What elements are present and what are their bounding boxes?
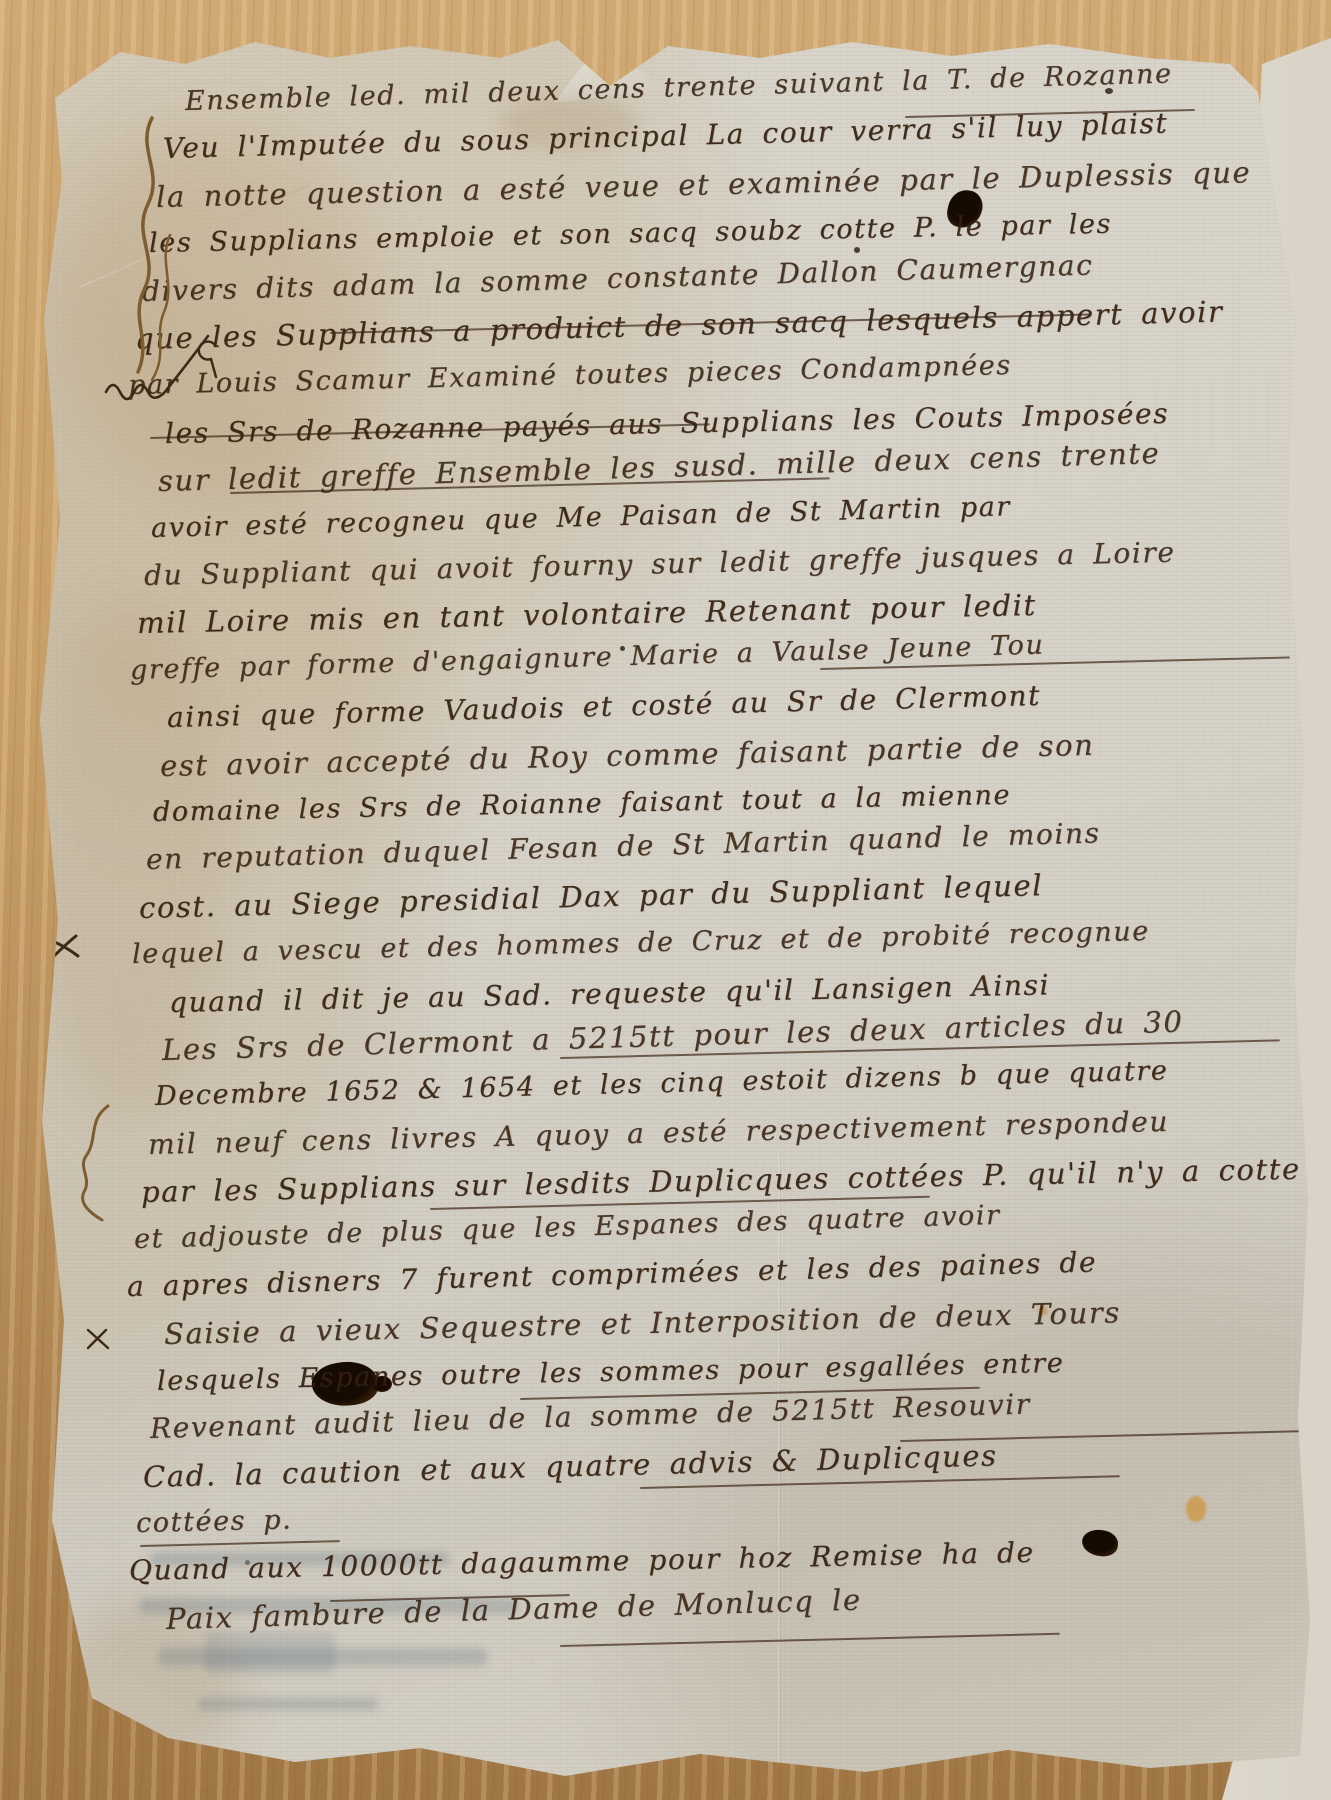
photograph-of-manuscript: Ensemble led. mil deux cens trente suiva… (0, 0, 1331, 1800)
manuscript-line: cost. au Siege presidial Dax par du Supp… (139, 871, 1044, 923)
manuscript-line: greffe par forme d'engaignure Marie a Va… (130, 631, 1045, 684)
manuscript-line: ainsi que forme Vaudois et costé au Sr d… (167, 682, 1042, 732)
manuscript-line: et adjouste de plus que les Espanes des … (134, 1201, 1001, 1252)
manuscript-line: que les Supplians a produict de son sacq… (135, 297, 1224, 354)
manuscript-line: Saisie a vieux Sequestre et Interpositio… (164, 1299, 1121, 1350)
wavy-nota-line-mark (138, 118, 170, 380)
manuscript-line: divers dits adam la somme constante Dall… (142, 251, 1094, 306)
manuscript-line: par Louis Scamur Examiné toutes pieces C… (128, 352, 1012, 399)
manuscript-line: a apres disners 7 furent comprimées et l… (127, 1248, 1098, 1301)
manuscript-line: mil Loire mis en tant volontaire Retenan… (137, 591, 1037, 638)
cross-mark-2 (88, 1330, 108, 1348)
manuscript-line: du Suppliant qui avoit fourny sur ledit … (144, 539, 1176, 590)
manuscript-line: cottées p. (136, 1506, 293, 1537)
manuscript-line: la notte question a esté veue et examiné… (156, 158, 1252, 212)
manuscript-line: Veu l'Imputée du sous principal La cour … (163, 110, 1169, 163)
manuscript-page: Ensemble led. mil deux cens trente suiva… (0, 0, 1331, 1800)
manuscript-line: sur ledit greffe Ensemble les susd. mill… (158, 439, 1161, 496)
manuscript-line: Ensemble led. mil deux cens trente suiva… (185, 60, 1173, 115)
manuscript-line: Revenant audit lieu de la somme de 5215t… (150, 1391, 1031, 1444)
manuscript-line: lequel a vescu et des hommes de Cruz et … (132, 918, 1150, 968)
manuscript-line: par les Supplians sur lesdits Duplicques… (141, 1155, 1301, 1207)
manuscript-line: avoir esté recogneu que Me Paisan de St … (151, 493, 1012, 542)
manuscript-line: Cad. la caution et aux quatre advis & Du… (143, 1441, 998, 1492)
manuscript-line: est avoir accepté du Roy comme faisant p… (160, 730, 1095, 780)
manuscript-line: Paix fambure de la Dame de Monlucq le (166, 1585, 862, 1633)
brace-mark (83, 1106, 108, 1220)
manuscript-line: les Supplians emploie et son sacq soubz … (149, 211, 1112, 257)
manuscript-line: Quand aux 10000tt dagaumme pour hoz Remi… (129, 1539, 1035, 1585)
manuscript-line: Les Srs de Clermont a 5215tt pour les de… (162, 1007, 1184, 1065)
manuscript-line: mil neuf cens livres A quoy a esté respe… (148, 1108, 1170, 1159)
manuscript-line: Decembre 1652 & 1654 et les cinq estoit … (155, 1058, 1169, 1111)
manuscript-line: quand il dit je au Sad. requeste qu'il L… (169, 971, 1051, 1017)
manuscript-line: en reputation duquel Fesan de St Martin … (146, 820, 1101, 875)
manuscript-line: domaine les Srs de Roianne faisant tout … (153, 782, 1012, 826)
